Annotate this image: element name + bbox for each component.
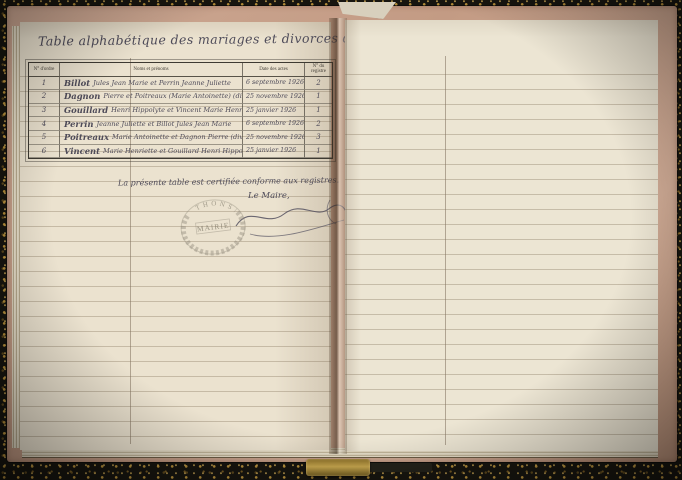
- surname: Dagnon: [64, 91, 100, 101]
- row-register: 2: [305, 77, 332, 91]
- row-names: VincentMarie Henriette et Gouillard Henr…: [60, 145, 243, 159]
- surname: Gouillard: [64, 105, 108, 115]
- row-date: 25 novembre 1926: [243, 131, 305, 145]
- row-number: 5: [29, 131, 60, 145]
- row-number: 6: [29, 145, 60, 159]
- given-names: Marie Henriette et Gouillard Henri Hippo…: [103, 147, 243, 155]
- page-title: Table alphabétique des mariages et divor…: [38, 30, 338, 48]
- row-register: 1: [305, 145, 332, 159]
- surname: Perrin: [64, 119, 94, 129]
- given-names: Pierre et Poitreaux (Marie Antoinette) (…: [103, 92, 243, 100]
- row-date: 6 septembre 1926: [243, 117, 305, 131]
- book-binding-gutter: [329, 18, 347, 454]
- row-names: GouillardHenri Hippolyte et Vincent Mari…: [60, 104, 243, 118]
- row-names: BillotJules Jean Marie et Perrin Jeanne …: [60, 77, 243, 91]
- row-names: PoitreauxMarie Antoinette et Dagnon Pier…: [60, 131, 243, 145]
- row-names: DagnonPierre et Poitreaux (Marie Antoine…: [60, 90, 243, 104]
- marriage-index-table: N° d'ordre Noms et prénoms Date des acte…: [28, 62, 333, 159]
- mairie-stamp: THONS MAIRIE: [172, 191, 255, 262]
- column-header-names: Noms et prénoms: [60, 63, 243, 77]
- given-names: Marie Antoinette et Dagnon Pierre (divor…: [112, 133, 243, 141]
- row-number: 2: [29, 90, 60, 104]
- row-number: 3: [29, 104, 60, 118]
- right-page: [345, 20, 658, 451]
- page-block-left-edge: [12, 26, 20, 448]
- surname: Poitreaux: [64, 132, 109, 142]
- surname: Vincent: [64, 146, 100, 156]
- row-names: PerrinJeanne Juliette et Billot Jules Je…: [60, 117, 243, 131]
- given-names: Jules Jean Marie et Perrin Jeanne Juliet…: [93, 79, 231, 87]
- row-register: 2: [305, 117, 332, 131]
- svg-text:THONS: THONS: [194, 197, 237, 218]
- row-register: 1: [305, 90, 332, 104]
- given-names: Jeanne Juliette et Billot Jules Jean Mar…: [97, 120, 232, 128]
- row-date: 6 septembre 1926: [243, 77, 305, 91]
- margin-line-right: [445, 56, 446, 445]
- given-names: Henri Hippolyte et Vincent Marie Henriet…: [111, 106, 243, 114]
- laurel-wreath: [182, 209, 246, 256]
- column-header-act-date: Date des actes: [243, 63, 305, 77]
- row-date: 25 janvier 1926: [243, 104, 305, 118]
- row-number: 1: [29, 77, 60, 91]
- row-register: 3: [305, 131, 332, 145]
- surname: Billot: [64, 78, 90, 88]
- column-header-order-number: N° d'ordre: [29, 63, 60, 77]
- row-date: 25 janvier 1926: [243, 145, 305, 159]
- ruled-lines-right: [345, 60, 658, 447]
- column-header-register-number: N° du registre: [305, 63, 332, 77]
- row-register: 1: [305, 104, 332, 118]
- brass-clasp: [306, 459, 370, 476]
- row-date: 25 novembre 1926: [243, 90, 305, 104]
- left-page: Table alphabétique des mariages et divor…: [20, 22, 331, 450]
- stamp-arc-text: THONS: [194, 197, 237, 218]
- row-number: 4: [29, 117, 60, 131]
